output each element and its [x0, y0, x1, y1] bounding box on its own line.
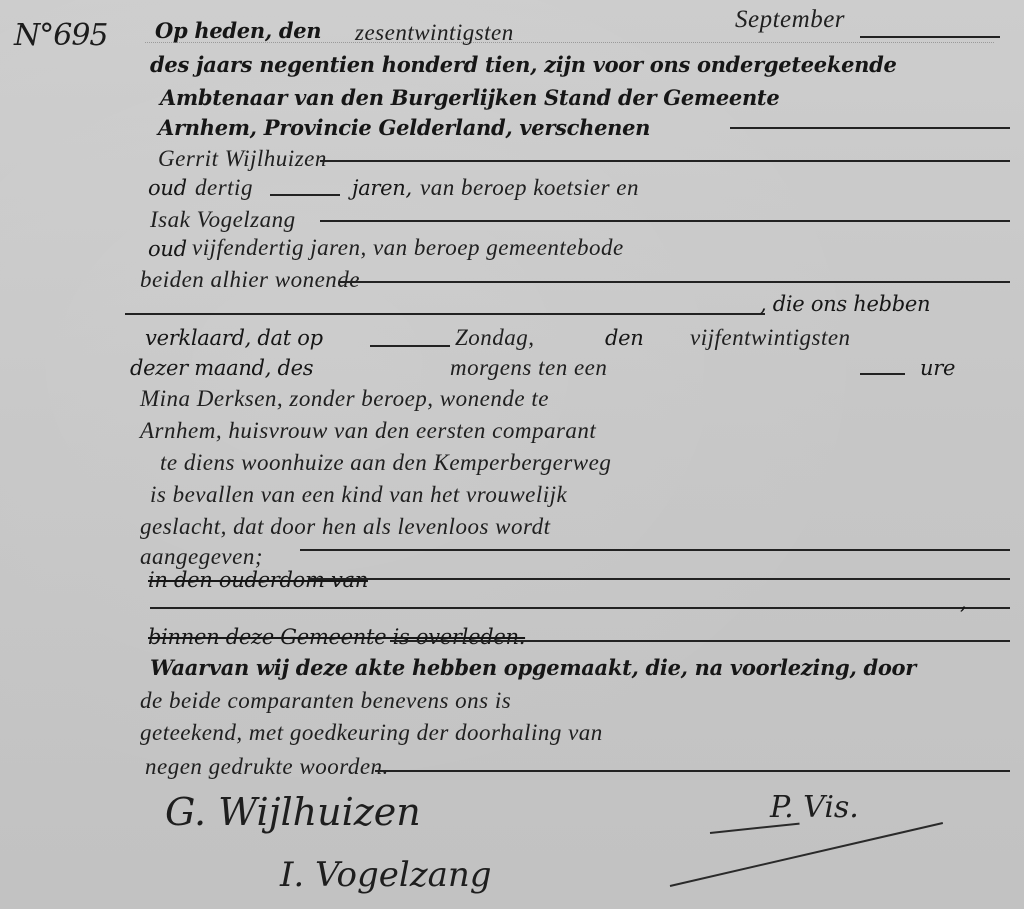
- birth-time: morgens ten een: [450, 355, 607, 381]
- record-number: N°695: [14, 18, 108, 53]
- birth-day: vijfentwintigsten: [690, 325, 851, 351]
- civil-record-page: N°695 Op heden, den zesentwintigsten Sep…: [0, 0, 1024, 909]
- mother-relation-line: Arnhem, huisvrouw van den eersten compar…: [140, 418, 596, 444]
- declarant-1-name: Gerrit Wijlhuizen: [158, 146, 327, 172]
- birth-place-line: te diens woonhuize aan den Kemperbergerw…: [160, 450, 611, 476]
- line-6-jaren: jaren,: [352, 176, 412, 200]
- line-1-day: zesentwintigsten: [355, 20, 514, 46]
- line-6-oud: oud: [148, 176, 187, 200]
- line-1-month: September: [735, 6, 845, 34]
- declarant-1-age: dertig: [195, 175, 253, 201]
- closing-formula: Waarvan wij deze akte hebben opgemaakt, …: [150, 655, 916, 680]
- line-8-oud: oud: [148, 237, 187, 261]
- struck-death-phrase: binnen deze Gemeente is overleden.: [148, 625, 525, 649]
- line-4-printed: Arnhem, Provincie Gelderland, verschenen: [158, 115, 650, 140]
- line-11-printed: verklaard, dat op: [145, 326, 323, 350]
- signature-declarant-2: I. Vogelzang: [280, 855, 492, 895]
- line-20-comma: ,: [960, 590, 966, 614]
- record-number-value: 695: [53, 18, 107, 53]
- declarant-2-age-occupation: vijfendertig jaren, van beroep gemeenteb…: [192, 235, 624, 261]
- signatories-line: de beide comparanten benevens ons is: [140, 688, 511, 714]
- line-1-printed: Op heden, den: [155, 18, 321, 43]
- line-3-printed: Ambtenaar van den Burgerlijken Stand der…: [160, 85, 779, 110]
- mother-name-line: Mina Derksen, zonder beroep, wonende te: [140, 386, 549, 412]
- line-11-den: den: [605, 326, 644, 350]
- declarants-residence: beiden alhier wonende: [140, 267, 360, 293]
- approval-line: geteekend, met goedkeuring der doorhalin…: [140, 720, 603, 746]
- struck-age-phrase: in den ouderdom van: [148, 568, 368, 592]
- line-10-printed: , die ons hebben: [760, 292, 930, 316]
- declarant-1-occupation: van beroep koetsier en: [420, 175, 639, 201]
- signature-underline: [710, 823, 800, 834]
- line-2-printed: des jaars negentien honderd tien, zijn v…: [150, 52, 897, 77]
- signature-declarant-1: G. Wijlhuizen: [165, 790, 421, 834]
- child-sex-line: is bevallen van een kind van het vrouwel…: [150, 482, 567, 508]
- aangegeven-line: aangegeven;: [140, 544, 263, 570]
- weekday: Zondag,: [455, 325, 535, 351]
- signature-official: P. Vis.: [770, 790, 859, 825]
- line-12-printed: dezer maand, des: [130, 356, 313, 380]
- declarant-2-name: Isak Vogelzang: [150, 207, 296, 233]
- record-number-label: N°: [14, 18, 53, 53]
- line-12-ure: ure: [920, 356, 955, 380]
- stillborn-line: geslacht, dat door hen als levenloos wor…: [140, 514, 550, 540]
- struck-words-line: negen gedrukte woorden.: [145, 754, 389, 780]
